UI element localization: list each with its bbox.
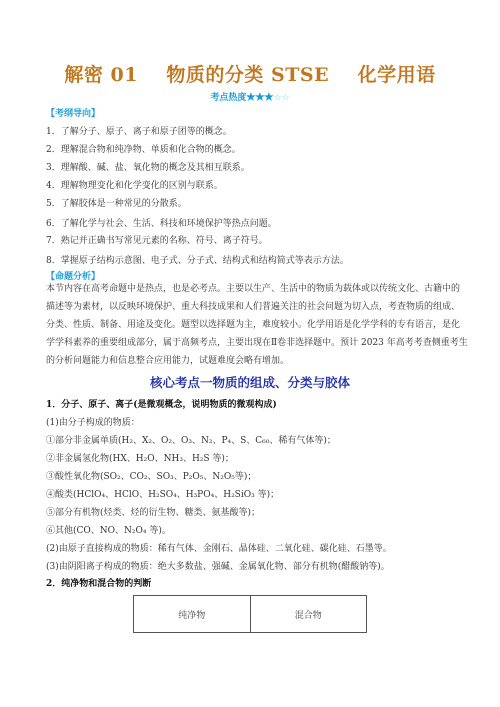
subheading-1: 1．分子、原子、离子(是微观概念，说明物质的微观构成) [46,397,277,410]
molecule-item: ③酸性氧化物(SO₂、CO₂、SO₃、P₂O₅、N₂O₅等)； [46,469,256,482]
core-paragraph: (1)由分子构成的物质： [46,415,140,428]
table-row: 纯净物 混合物 [134,596,367,633]
item-text: 等)。 [147,526,171,536]
formula: H₂、X₂、O₂、O₃、N₂、P₄、S、C₆₀ [122,436,270,446]
formula: CO、NO、N₂O₄ [77,526,147,536]
formula: SO₂、CO₂、SO₃、P₂O₅、N₂O₅ [104,472,235,482]
formula: HX、H₂O、NH₃、H₂S [113,454,210,464]
heat-rating: 考点热度★★★☆☆ [0,90,500,103]
analysis-line: 描述等为素材，以反映环境保护、重大科技成果和人们普遍关注的社会问题为切入点，考查… [46,298,456,316]
core-heading: 核心考点一物质的组成、分类与胶体 [0,373,500,391]
subheading-2: 2．纯净物和混合物的判断 [46,576,151,589]
core-paragraph: (3)由阴阳离子构成的物质：绝大多数盐、强碱、金属氧化物、部分有机物(醋酸钠等)… [46,559,390,572]
analysis-line: 的分析问题能力和信息整合应用能力，试题难度会略有增加。 [46,352,456,370]
molecule-item: ⑤部分有机物(烃类、烃的衍生物、糖类、氨基酸等)； [46,505,260,518]
document-page: 解密 01 物质的分类 STSE 化学用语 考点热度★★★☆☆ 【考纲导向】 1… [0,0,500,707]
item-text: 、稀有气体等)； [269,436,336,446]
outline-item: 5．了解胶体是一种常见的分散系。 [46,196,187,209]
item-text: ②非金属氢化物( [46,454,113,464]
table-cell-mixture: 混合物 [250,596,367,633]
molecule-item: ②非金属氢化物(HX、H₂O、NH₃、H₂S 等)； [46,451,234,464]
outline-item: 1．了解分子、原子、离子和原子团等的概念。 [46,124,232,137]
star-full-icon: ★★★ [246,93,273,103]
analysis-line: 本节内容在高考命题中是热点，也是必考点。主要以生产、生活中的物质为载体或以传统文… [46,280,456,298]
molecule-item: ①部分非金属单质(H₂、X₂、O₂、O₃、N₂、P₄、S、C₆₀、稀有气体等)； [46,433,336,446]
item-text: ③酸性氧化物( [46,472,104,482]
formula: HClO₄、HClO、H₂SO₄、H₃PO₄、H₂SiO₃ [77,490,255,500]
molecule-item: ④酸类(HClO₄、HClO、H₂SO₄、H₃PO₄、H₂SiO₃ 等)； [46,487,279,500]
outline-item: 3．理解酸、碱、盐、氧化物的概念及其相互联系。 [46,160,250,173]
outline-item: 2．理解混合物和纯净物、单质和化合物的概念。 [46,142,241,155]
item-text: ⑥其他( [46,526,77,536]
outline-label: 【考纲导向】 [46,106,100,119]
core-paragraph: (2)由原子直接构成的物质：稀有气体、金刚石、晶体硅、二氧化硅、碳化硅、石墨等。 [46,541,392,554]
star-empty-icon: ☆☆ [273,93,289,103]
item-text: 等)； [235,472,257,482]
molecule-item: ⑥其他(CO、NO、N₂O₄ 等)。 [46,523,171,536]
item-text: 等)； [210,454,234,464]
item-text: 等)； [255,490,279,500]
item-text: ①部分非金属单质( [46,436,122,446]
outline-item: 7．熟记并正确书写常见元素的名称、符号、离子符号。 [46,233,268,246]
analysis-line: 分类、性质、制备、用途及变化。题型以选择题为主，难度较小。化学用语是化学学科的专… [46,316,456,334]
outline-item: 6．了解化学与社会、生活、科技和环境保护等热点问题。 [46,216,277,229]
table-cell-pure-substance: 纯净物 [134,596,251,633]
outline-item: 4．理解物理变化和化学变化的区别与联系。 [46,178,223,191]
heat-label: 考点热度 [210,93,246,103]
comparison-table: 纯净物 混合物 [133,595,367,633]
analysis-line: 学学科素养的重要组成部分，属于高频考点，主要出现在Ⅱ卷非选择题中。预计 2023… [46,334,456,352]
page-title: 解密 01 物质的分类 STSE 化学用语 [0,60,500,87]
outline-item: 8．掌握原子结构示意图、电子式、分子式、结构式和结构简式等表示方法。 [46,253,349,266]
analysis-paragraph: 本节内容在高考命题中是热点，也是必考点。主要以生产、生活中的物质为载体或以传统文… [46,280,456,370]
item-text: ④酸类( [46,490,77,500]
